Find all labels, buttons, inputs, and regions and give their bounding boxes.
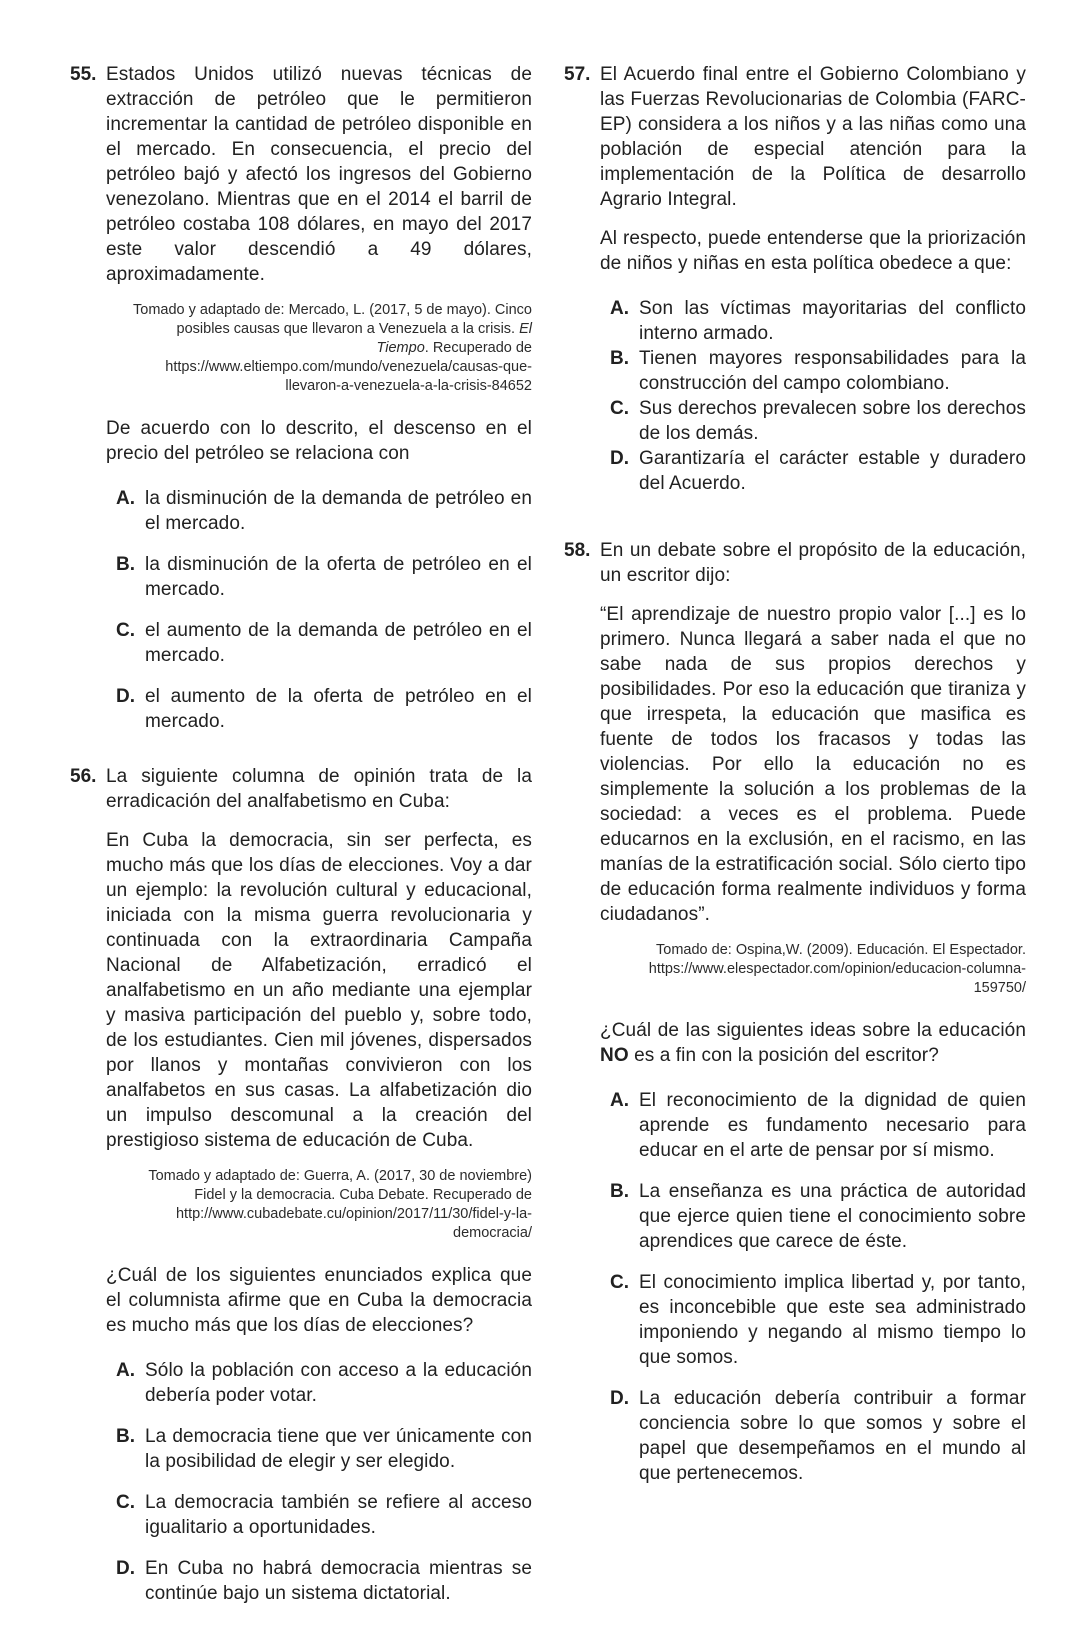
option-letter: A. [116, 1358, 145, 1408]
option-text: el aumento de la oferta de petróleo en e… [145, 684, 532, 734]
option-letter: C. [610, 1270, 639, 1370]
option-letter: A. [610, 1088, 639, 1163]
option-d: D.La educación debería contribuir a form… [600, 1386, 1026, 1486]
question-paragraph: El Acuerdo final entre el Gobierno Colom… [600, 62, 1026, 212]
opinion-column-passage: En Cuba la democracia, sin ser perfecta,… [106, 828, 532, 1153]
option-letter: D. [116, 1556, 145, 1606]
option-a: A.Sólo la población con acceso a la educ… [106, 1358, 532, 1408]
citation-text: Tomado y adaptado de: Guerra, A. (2017, … [148, 1168, 532, 1241]
option-c: C.Sus derechos prevalecen sobre los dere… [600, 396, 1026, 446]
question-stem: De acuerdo con lo descrito, el descenso … [106, 416, 532, 466]
option-letter: B. [116, 1424, 145, 1474]
option-letter: C. [116, 618, 145, 668]
option-d: D.Garantizaría el carácter estable y dur… [600, 446, 1026, 496]
stem-text: Al respecto, puede entenderse que la pri… [600, 228, 1026, 274]
option-b: B.la disminución de la oferta de petróle… [106, 552, 532, 602]
option-a: A.El reconocimiento de la dignidad de qu… [600, 1088, 1026, 1163]
citation-url: . Recuperado de https://www.eltiempo.com… [165, 340, 532, 394]
option-text: El reconocimiento de la dignidad de quie… [639, 1088, 1026, 1163]
option-text: La democracia también se refiere al acce… [145, 1490, 532, 1540]
option-letter: D. [610, 1386, 639, 1486]
option-letter: A. [610, 296, 639, 346]
option-c: C.El conocimiento implica libertad y, po… [600, 1270, 1026, 1370]
option-text: la disminución de la oferta de petróleo … [145, 552, 532, 602]
question-number: 55. [70, 62, 96, 87]
option-text: La educación debería contribuir a formar… [639, 1386, 1026, 1486]
option-text: Garantizaría el carácter estable y durad… [639, 446, 1026, 496]
question-57: 57. El Acuerdo final entre el Gobierno C… [564, 62, 1026, 496]
option-letter: B. [610, 1179, 639, 1254]
options-list: A.Sólo la población con acceso a la educ… [106, 1358, 532, 1606]
option-text: Sólo la población con acceso a la educac… [145, 1358, 532, 1408]
question-paragraph: Estados Unidos utilizó nuevas técnicas d… [106, 62, 532, 287]
option-d: D.En Cuba no habrá democracia mientras s… [106, 1556, 532, 1606]
options-list: A.la disminución de la demanda de petról… [106, 486, 532, 734]
question-55: 55. Estados Unidos utilizó nuevas técnic… [70, 62, 532, 734]
writer-quote-passage: “El aprendizaje de nuestro propio valor … [600, 602, 1026, 927]
question-stem: ¿Cuál de las siguientes ideas sobre la e… [600, 1018, 1026, 1068]
right-column: 57. El Acuerdo final entre el Gobierno C… [564, 62, 1026, 1636]
option-text: la disminución de la demanda de petróleo… [145, 486, 532, 536]
option-letter: B. [116, 552, 145, 602]
question-58: 58. En un debate sobre el propósito de l… [564, 538, 1026, 1486]
option-text: Tienen mayores responsabilidades para la… [639, 346, 1026, 396]
option-letter: B. [610, 346, 639, 396]
question-stem: ¿Cuál de los siguientes enunciados expli… [106, 1263, 532, 1338]
option-text: Sus derechos prevalecen sobre los derech… [639, 396, 1026, 446]
citation-text: Tomado de: Ospina,W. (2009). Educación. … [649, 942, 1026, 996]
options-list: A.El reconocimiento de la dignidad de qu… [600, 1088, 1026, 1486]
question-56: 56. La siguiente columna de opinión trat… [70, 764, 532, 1606]
option-d: D.el aumento de la oferta de petróleo en… [106, 684, 532, 734]
source-citation: Tomado de: Ospina,W. (2009). Educación. … [618, 941, 1026, 998]
option-letter: C. [116, 1490, 145, 1540]
option-text: En Cuba no habrá democracia mientras se … [145, 1556, 532, 1606]
option-b: B.Tienen mayores responsabilidades para … [600, 346, 1026, 396]
option-text: el aumento de la demanda de petróleo en … [145, 618, 532, 668]
option-letter: D. [610, 446, 639, 496]
question-number: 56. [70, 764, 96, 789]
question-stem: Al respecto, puede entenderse que la pri… [600, 226, 1026, 276]
options-list: A.Son las víctimas mayoritarias del conf… [600, 296, 1026, 496]
option-b: B.La democracia tiene que ver únicamente… [106, 1424, 532, 1474]
stem-text: De acuerdo con lo descrito, el descenso … [106, 418, 532, 464]
question-paragraph: En un debate sobre el propósito de la ed… [600, 538, 1026, 588]
stem-text: ¿Cuál de las siguientes ideas sobre la e… [600, 1020, 1026, 1041]
source-citation: Tomado y adaptado de: Mercado, L. (2017,… [124, 301, 532, 396]
option-a: A.la disminución de la demanda de petról… [106, 486, 532, 536]
option-text: La democracia tiene que ver únicamente c… [145, 1424, 532, 1474]
option-text: Son las víctimas mayoritarias del confli… [639, 296, 1026, 346]
option-text: El conocimiento implica libertad y, por … [639, 1270, 1026, 1370]
exam-page: 55. Estados Unidos utilizó nuevas técnic… [0, 0, 1080, 1651]
stem-text: ¿Cuál de los siguientes enunciados expli… [106, 1265, 532, 1336]
stem-text-post: es a fin con la posición del escritor? [629, 1045, 939, 1066]
stem-bold-text: NO [600, 1045, 629, 1066]
left-column: 55. Estados Unidos utilizó nuevas técnic… [70, 62, 532, 1636]
question-number: 57. [564, 62, 590, 87]
option-a: A.Son las víctimas mayoritarias del conf… [600, 296, 1026, 346]
question-number: 58. [564, 538, 590, 563]
option-b: B.La enseñanza es una práctica de autori… [600, 1179, 1026, 1254]
option-letter: D. [116, 684, 145, 734]
option-letter: C. [610, 396, 639, 446]
option-c: C.el aumento de la demanda de petróleo e… [106, 618, 532, 668]
two-column-layout: 55. Estados Unidos utilizó nuevas técnic… [70, 62, 1030, 1636]
question-paragraph: La siguiente columna de opinión trata de… [106, 764, 532, 814]
option-letter: A. [116, 486, 145, 536]
option-c: C.La democracia también se refiere al ac… [106, 1490, 532, 1540]
source-citation: Tomado y adaptado de: Guerra, A. (2017, … [124, 1167, 532, 1243]
citation-text: Tomado y adaptado de: Mercado, L. (2017,… [133, 302, 532, 337]
option-text: La enseñanza es una práctica de autorida… [639, 1179, 1026, 1254]
